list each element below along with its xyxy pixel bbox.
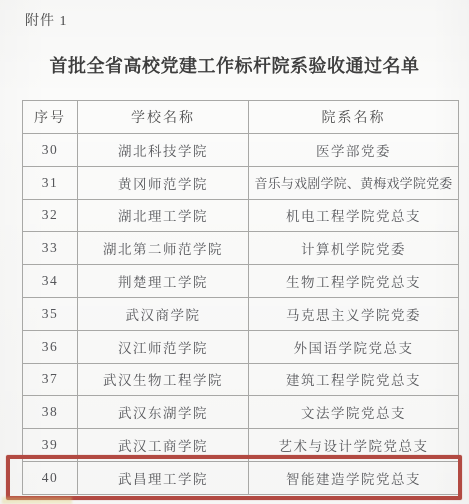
- table-header: 序号 学校名称 院系名称: [23, 101, 459, 134]
- cell-school: 黄冈师范学院: [78, 166, 249, 199]
- col-header-school: 学校名称: [78, 101, 249, 134]
- results-table: 序号 学校名称 院系名称 30湖北科技学院医学部党委31黄冈师范学院音乐与戏剧学…: [22, 100, 459, 495]
- table-row: 36汉江师范学院外国语学院党总支: [23, 330, 459, 363]
- cell-school: 武汉东湖学院: [78, 396, 249, 429]
- cell-school: 武汉生物工程学院: [78, 363, 249, 396]
- table-row: 38武汉东湖学院文法学院党总支: [23, 396, 459, 429]
- cell-department: 马克思主义学院党委: [249, 297, 459, 330]
- cell-school: 汉江师范学院: [78, 330, 249, 363]
- cell-department: 外国语学院党总支: [249, 330, 459, 363]
- cell-department: 医学部党委: [249, 134, 459, 167]
- cell-no: 35: [23, 297, 78, 330]
- table-row: 30湖北科技学院医学部党委: [23, 134, 459, 167]
- attachment-label: 附件 1: [25, 10, 68, 30]
- cell-school: 荆楚理工学院: [78, 265, 249, 298]
- cell-no: 33: [23, 232, 78, 265]
- table-row: 35武汉商学院马克思主义学院党委: [23, 297, 459, 330]
- cell-no: 37: [23, 363, 78, 396]
- cell-school: 湖北理工学院: [78, 199, 249, 232]
- document-page: 附件 1 首批全省高校党建工作标杆院系验收通过名单 序号 学校名称 院系名称 3…: [0, 0, 469, 504]
- cell-school: 武汉商学院: [78, 297, 249, 330]
- cell-department: 艺术与设计学院党总支: [249, 429, 459, 462]
- cell-school: 湖北第二师范学院: [78, 232, 249, 265]
- cell-department: 建筑工程学院党总支: [249, 363, 459, 396]
- table-row: 32湖北理工学院机电工程学院党总支: [23, 199, 459, 232]
- cell-no: 30: [23, 134, 78, 167]
- table-row: 31黄冈师范学院音乐与戏剧学院、黄梅戏学院党委: [23, 166, 459, 199]
- cell-no: 40: [23, 461, 78, 494]
- table-row: 39武汉工商学院艺术与设计学院党总支: [23, 429, 459, 462]
- cell-no: 39: [23, 429, 78, 462]
- cell-department: 机电工程学院党总支: [249, 199, 459, 232]
- cell-department: 文法学院党总支: [249, 396, 459, 429]
- col-header-department: 院系名称: [249, 101, 459, 134]
- cell-school: 湖北科技学院: [78, 134, 249, 167]
- table-row: 33湖北第二师范学院计算机学院党委: [23, 232, 459, 265]
- cell-school: 武昌理工学院: [78, 461, 249, 494]
- scan-smudge: [2, 497, 72, 504]
- cell-department: 计算机学院党委: [249, 232, 459, 265]
- page-title: 首批全省高校党建工作标杆院系验收通过名单: [0, 52, 469, 78]
- table-row-highlighted: 40武昌理工学院智能建造学院党总支: [23, 461, 459, 494]
- cell-no: 38: [23, 396, 78, 429]
- cell-department: 智能建造学院党总支: [249, 461, 459, 494]
- cell-department: 生物工程学院党总支: [249, 265, 459, 298]
- table-row: 37武汉生物工程学院建筑工程学院党总支: [23, 363, 459, 396]
- cell-no: 36: [23, 330, 78, 363]
- table-row: 34荆楚理工学院生物工程学院党总支: [23, 265, 459, 298]
- cell-no: 34: [23, 265, 78, 298]
- table-body: 30湖北科技学院医学部党委31黄冈师范学院音乐与戏剧学院、黄梅戏学院党委32湖北…: [23, 134, 459, 495]
- col-header-no: 序号: [23, 101, 78, 134]
- cell-no: 31: [23, 166, 78, 199]
- table-header-row: 序号 学校名称 院系名称: [23, 101, 459, 134]
- cell-department: 音乐与戏剧学院、黄梅戏学院党委: [249, 166, 459, 199]
- cell-no: 32: [23, 199, 78, 232]
- cell-school: 武汉工商学院: [78, 429, 249, 462]
